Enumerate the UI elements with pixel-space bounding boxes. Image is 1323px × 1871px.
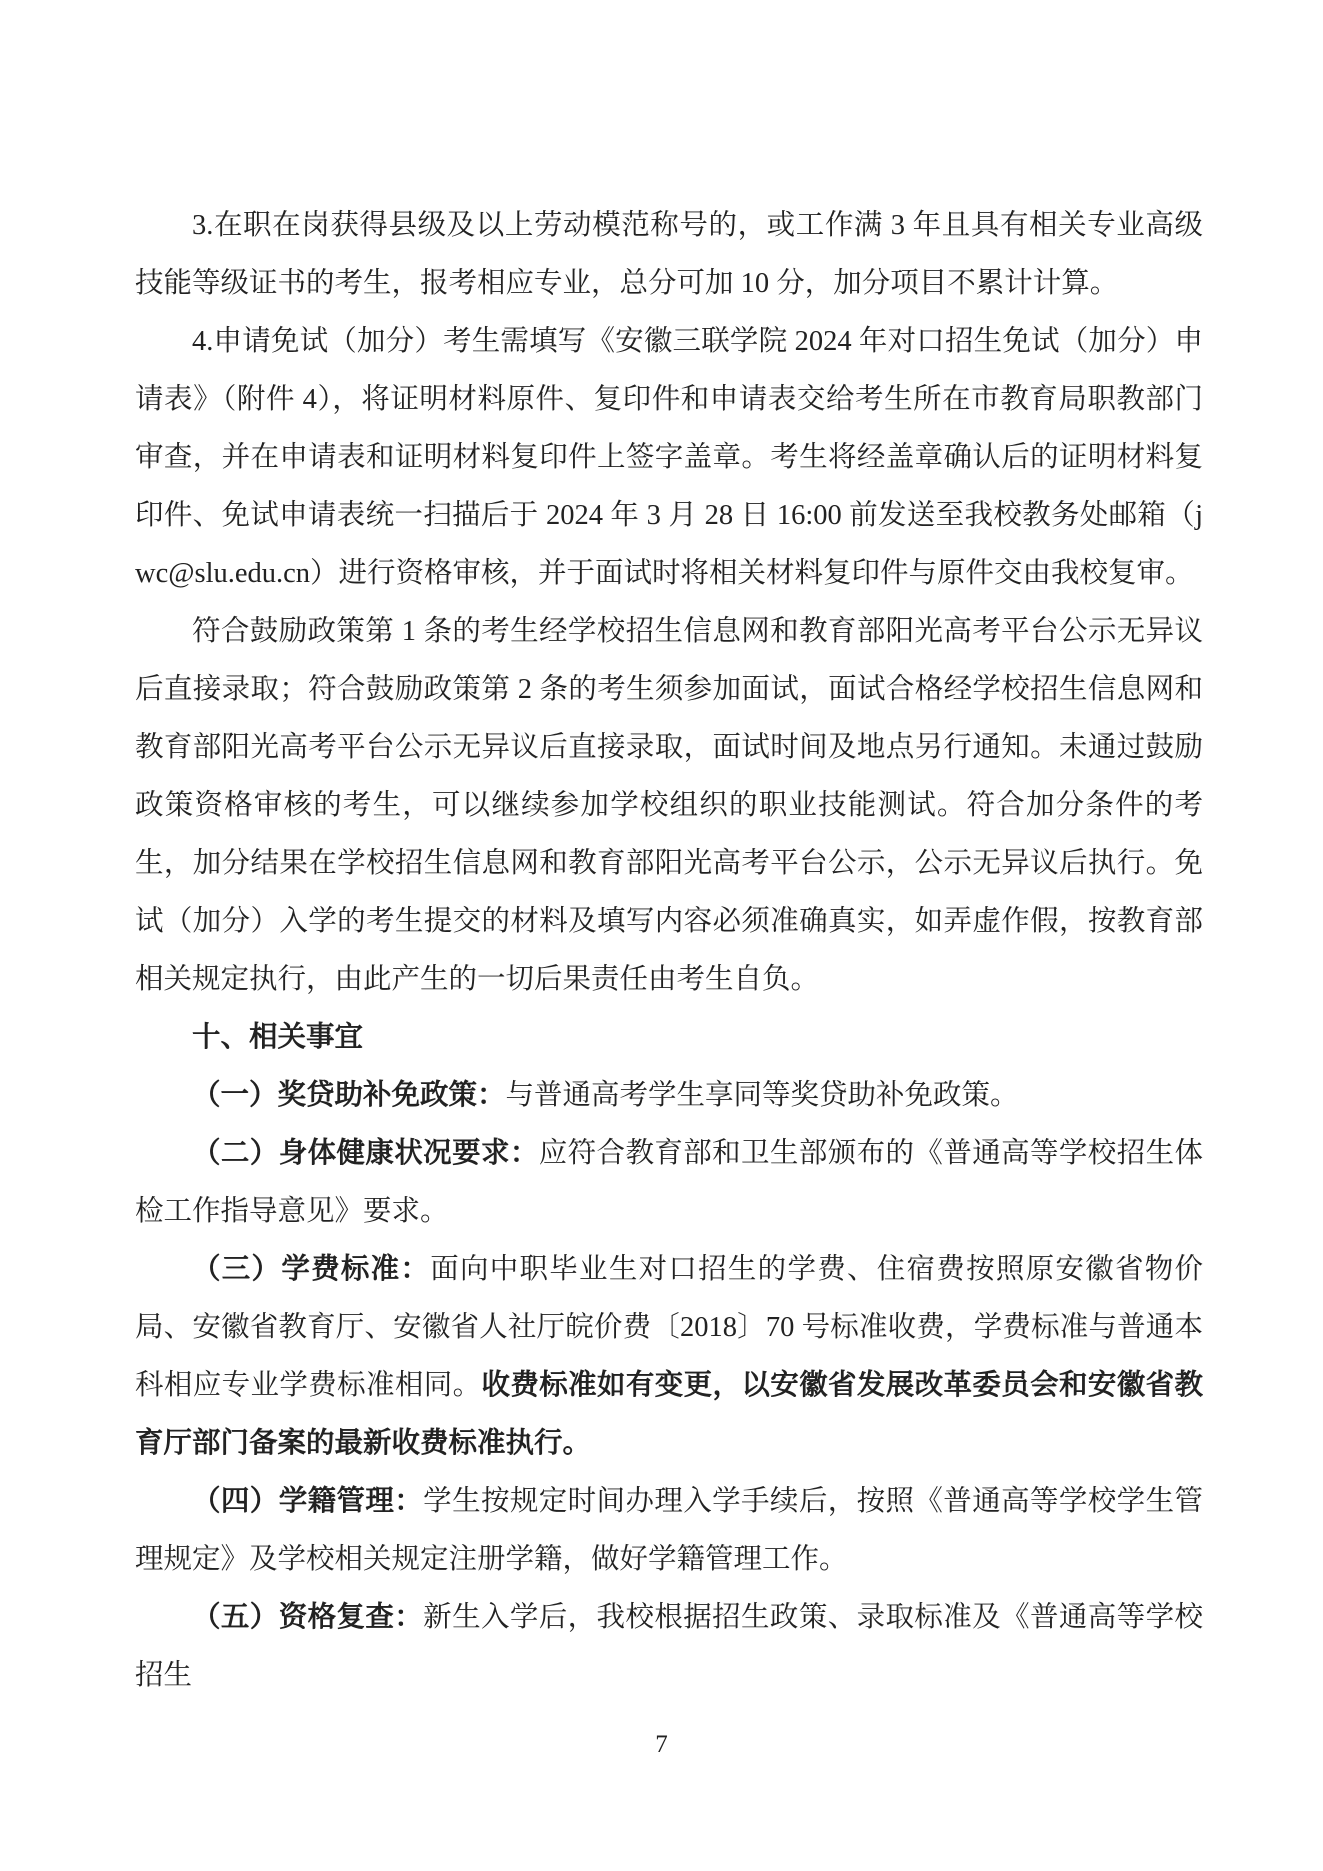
- item-student-status-label: （四）学籍管理：: [192, 1486, 423, 1517]
- item-qualification-recheck-label: （五）资格复查：: [192, 1602, 423, 1633]
- item-financial-aid-label: （一）奖贷助补免政策：: [192, 1080, 506, 1111]
- paragraph-incentive-policy-procedure: 符合鼓励政策第 1 条的考生经学校招生信息网和教育部阳光高考平台公示无异议后直接…: [135, 603, 1203, 1009]
- item-tuition-standard-label: （三）学费标准：: [192, 1254, 430, 1285]
- page-number: 7: [655, 1731, 668, 1758]
- item-financial-aid-policy: （一）奖贷助补免政策：与普通高考学生享同等奖贷助补免政策。: [135, 1067, 1203, 1125]
- item-financial-aid-text: 与普通高考学生享同等奖贷助补免政策。: [506, 1080, 1019, 1111]
- item-health-requirement-label: （二）身体健康状况要求：: [192, 1138, 539, 1169]
- item-qualification-recheck: （五）资格复查：新生入学后，我校根据招生政策、录取标准及《普通高等学校招生: [135, 1589, 1203, 1705]
- section-heading-related-matters: 十、相关事宜: [135, 1009, 1203, 1067]
- item-health-requirement: （二）身体健康状况要求：应符合教育部和卫生部颁布的《普通高等学校招生体检工作指导…: [135, 1125, 1203, 1241]
- document-body: 3.在职在岗获得县级及以上劳动模范称号的，或工作满 3 年且具有相关专业高级技能…: [135, 197, 1203, 1705]
- paragraph-exemption-application: 4.申请免试（加分）考生需填写《安徽三联学院 2024 年对口招生免试（加分）申…: [135, 313, 1203, 603]
- paragraph-labor-model-bonus: 3.在职在岗获得县级及以上劳动模范称号的，或工作满 3 年且具有相关专业高级技能…: [135, 197, 1203, 313]
- item-tuition-standard: （三）学费标准：面向中职毕业生对口招生的学费、住宿费按照原安徽省物价局、安徽省教…: [135, 1241, 1203, 1473]
- item-student-status-management: （四）学籍管理：学生按规定时间办理入学手续后，按照《普通高等学校学生管理规定》及…: [135, 1473, 1203, 1589]
- page-footer: 7: [0, 1728, 1323, 1762]
- document-page: 3.在职在岗获得县级及以上劳动模范称号的，或工作满 3 年且具有相关专业高级技能…: [0, 0, 1323, 1871]
